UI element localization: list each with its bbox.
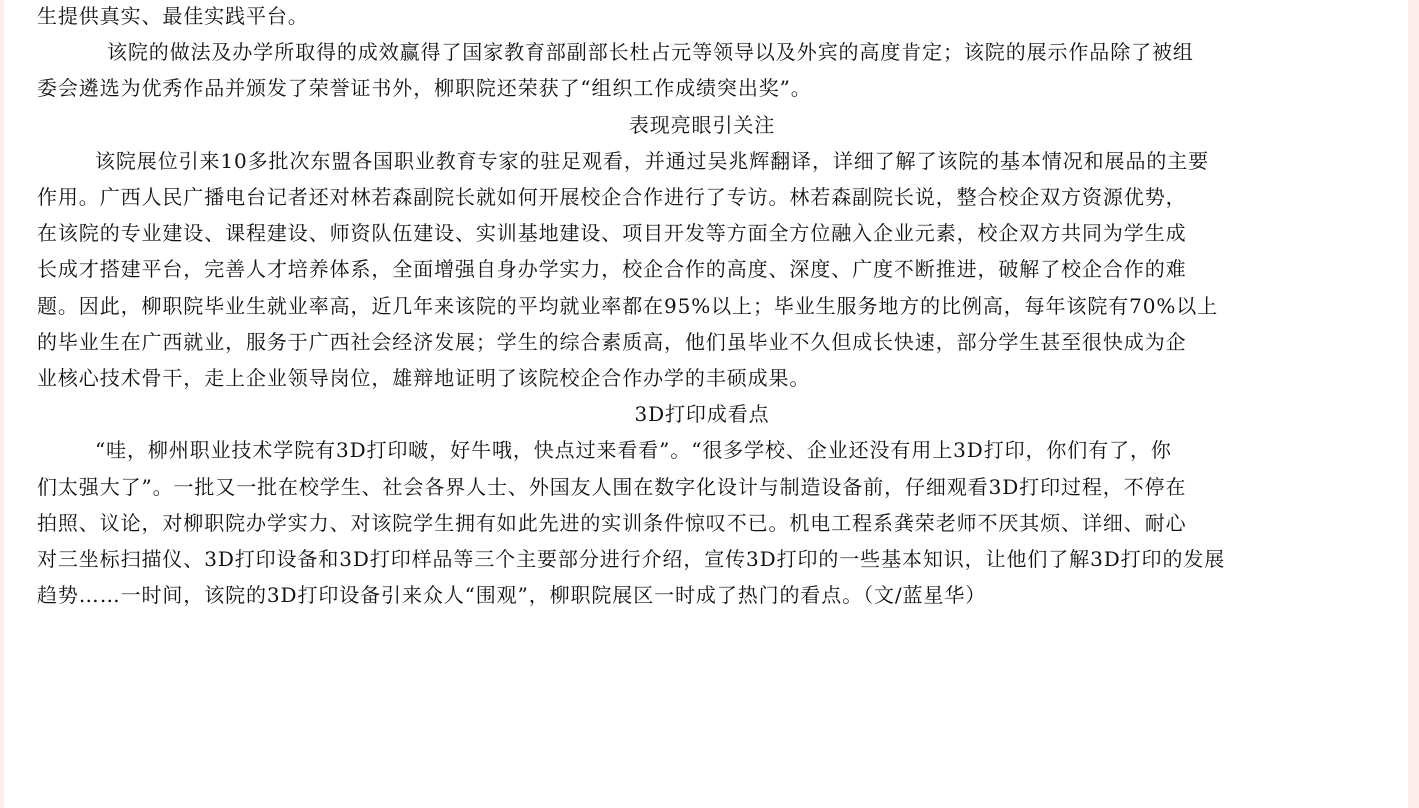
text-line: 们太强大了”。一批又一批在校学生、社会各界人士、外国友人围在数字化设计与制造设备… [37,469,1367,505]
highlights-paragraph: 该院展位引来10多批次东盟各国职业教育专家的驻足观看，并通过吴兆辉翻译，详细了解… [37,143,1367,396]
intro-tail-paragraph: 生提供真实、最佳实践平台。 [37,0,1367,34]
section-heading-text: 3D打印成看点 [37,396,1367,432]
3d-printing-paragraph: “哇，柳州职业技术学院有3D打印啵，好牛哦，快点过来看看”。“很多学校、企业还没… [37,432,1367,613]
page-edge-left [0,0,4,808]
text-line: 题。因此，柳职院毕业生就业率高，近几年来该院的平均就业率都在95%以上；毕业生服… [37,288,1367,324]
text-line: 该院展位引来10多批次东盟各国职业教育专家的驻足观看，并通过吴兆辉翻译，详细了解… [37,143,1367,179]
section-heading-text: 表现亮眼引关注 [37,107,1367,143]
text-line: 委会遴选为优秀作品并颁发了荣誉证书外，柳职院还荣获了“组织工作成绩突出奖”。 [37,70,1367,106]
text-line: 趋势……一时间，该院的3D打印设备引来众人“围观”，柳职院展区一时成了热门的看点… [37,577,1367,613]
text-line: “哇，柳州职业技术学院有3D打印啵，好牛哦，快点过来看看”。“很多学校、企业还没… [37,432,1367,468]
text-line: 拍照、议论，对柳职院办学实力、对该院学生拥有如此先进的实训条件惊叹不已。机电工程… [37,505,1367,541]
section-heading-3d-printing: 3D打印成看点 [37,396,1367,432]
text-line: 生提供真实、最佳实践平台。 [37,0,1367,34]
text-line: 业核心技术骨干，走上企业领导岗位，雄辩地证明了该院校企合作办学的丰硕成果。 [37,360,1367,396]
text-line: 该院的做法及办学所取得的成效赢得了国家教育部副部长杜占元等领导以及外宾的高度肯定… [37,34,1367,70]
text-line: 在该院的专业建设、课程建设、师资队伍建设、实训基地建设、项目开发等方面全方位融入… [37,215,1367,251]
page-edge-right [1408,0,1419,808]
text-line: 的毕业生在广西就业，服务于广西社会经济发展；学生的综合素质高，他们虽毕业不久但成… [37,324,1367,360]
text-line: 作用。广西人民广播电台记者还对林若森副院长就如何开展校企合作进行了专访。林若森副… [37,179,1367,215]
text-line: 对三坐标扫描仪、3D打印设备和3D打印样品等三个主要部分进行介绍，宣传3D打印的… [37,541,1367,577]
text-line: 长成才搭建平台，完善人才培养体系，全面增强自身办学实力，校企合作的高度、深度、广… [37,251,1367,287]
praise-paragraph: 该院的做法及办学所取得的成效赢得了国家教育部副部长杜占元等领导以及外宾的高度肯定… [37,34,1367,106]
article-body: 生提供真实、最佳实践平台。 该院的做法及办学所取得的成效赢得了国家教育部副部长杜… [37,0,1367,613]
section-heading-highlights: 表现亮眼引关注 [37,107,1367,143]
